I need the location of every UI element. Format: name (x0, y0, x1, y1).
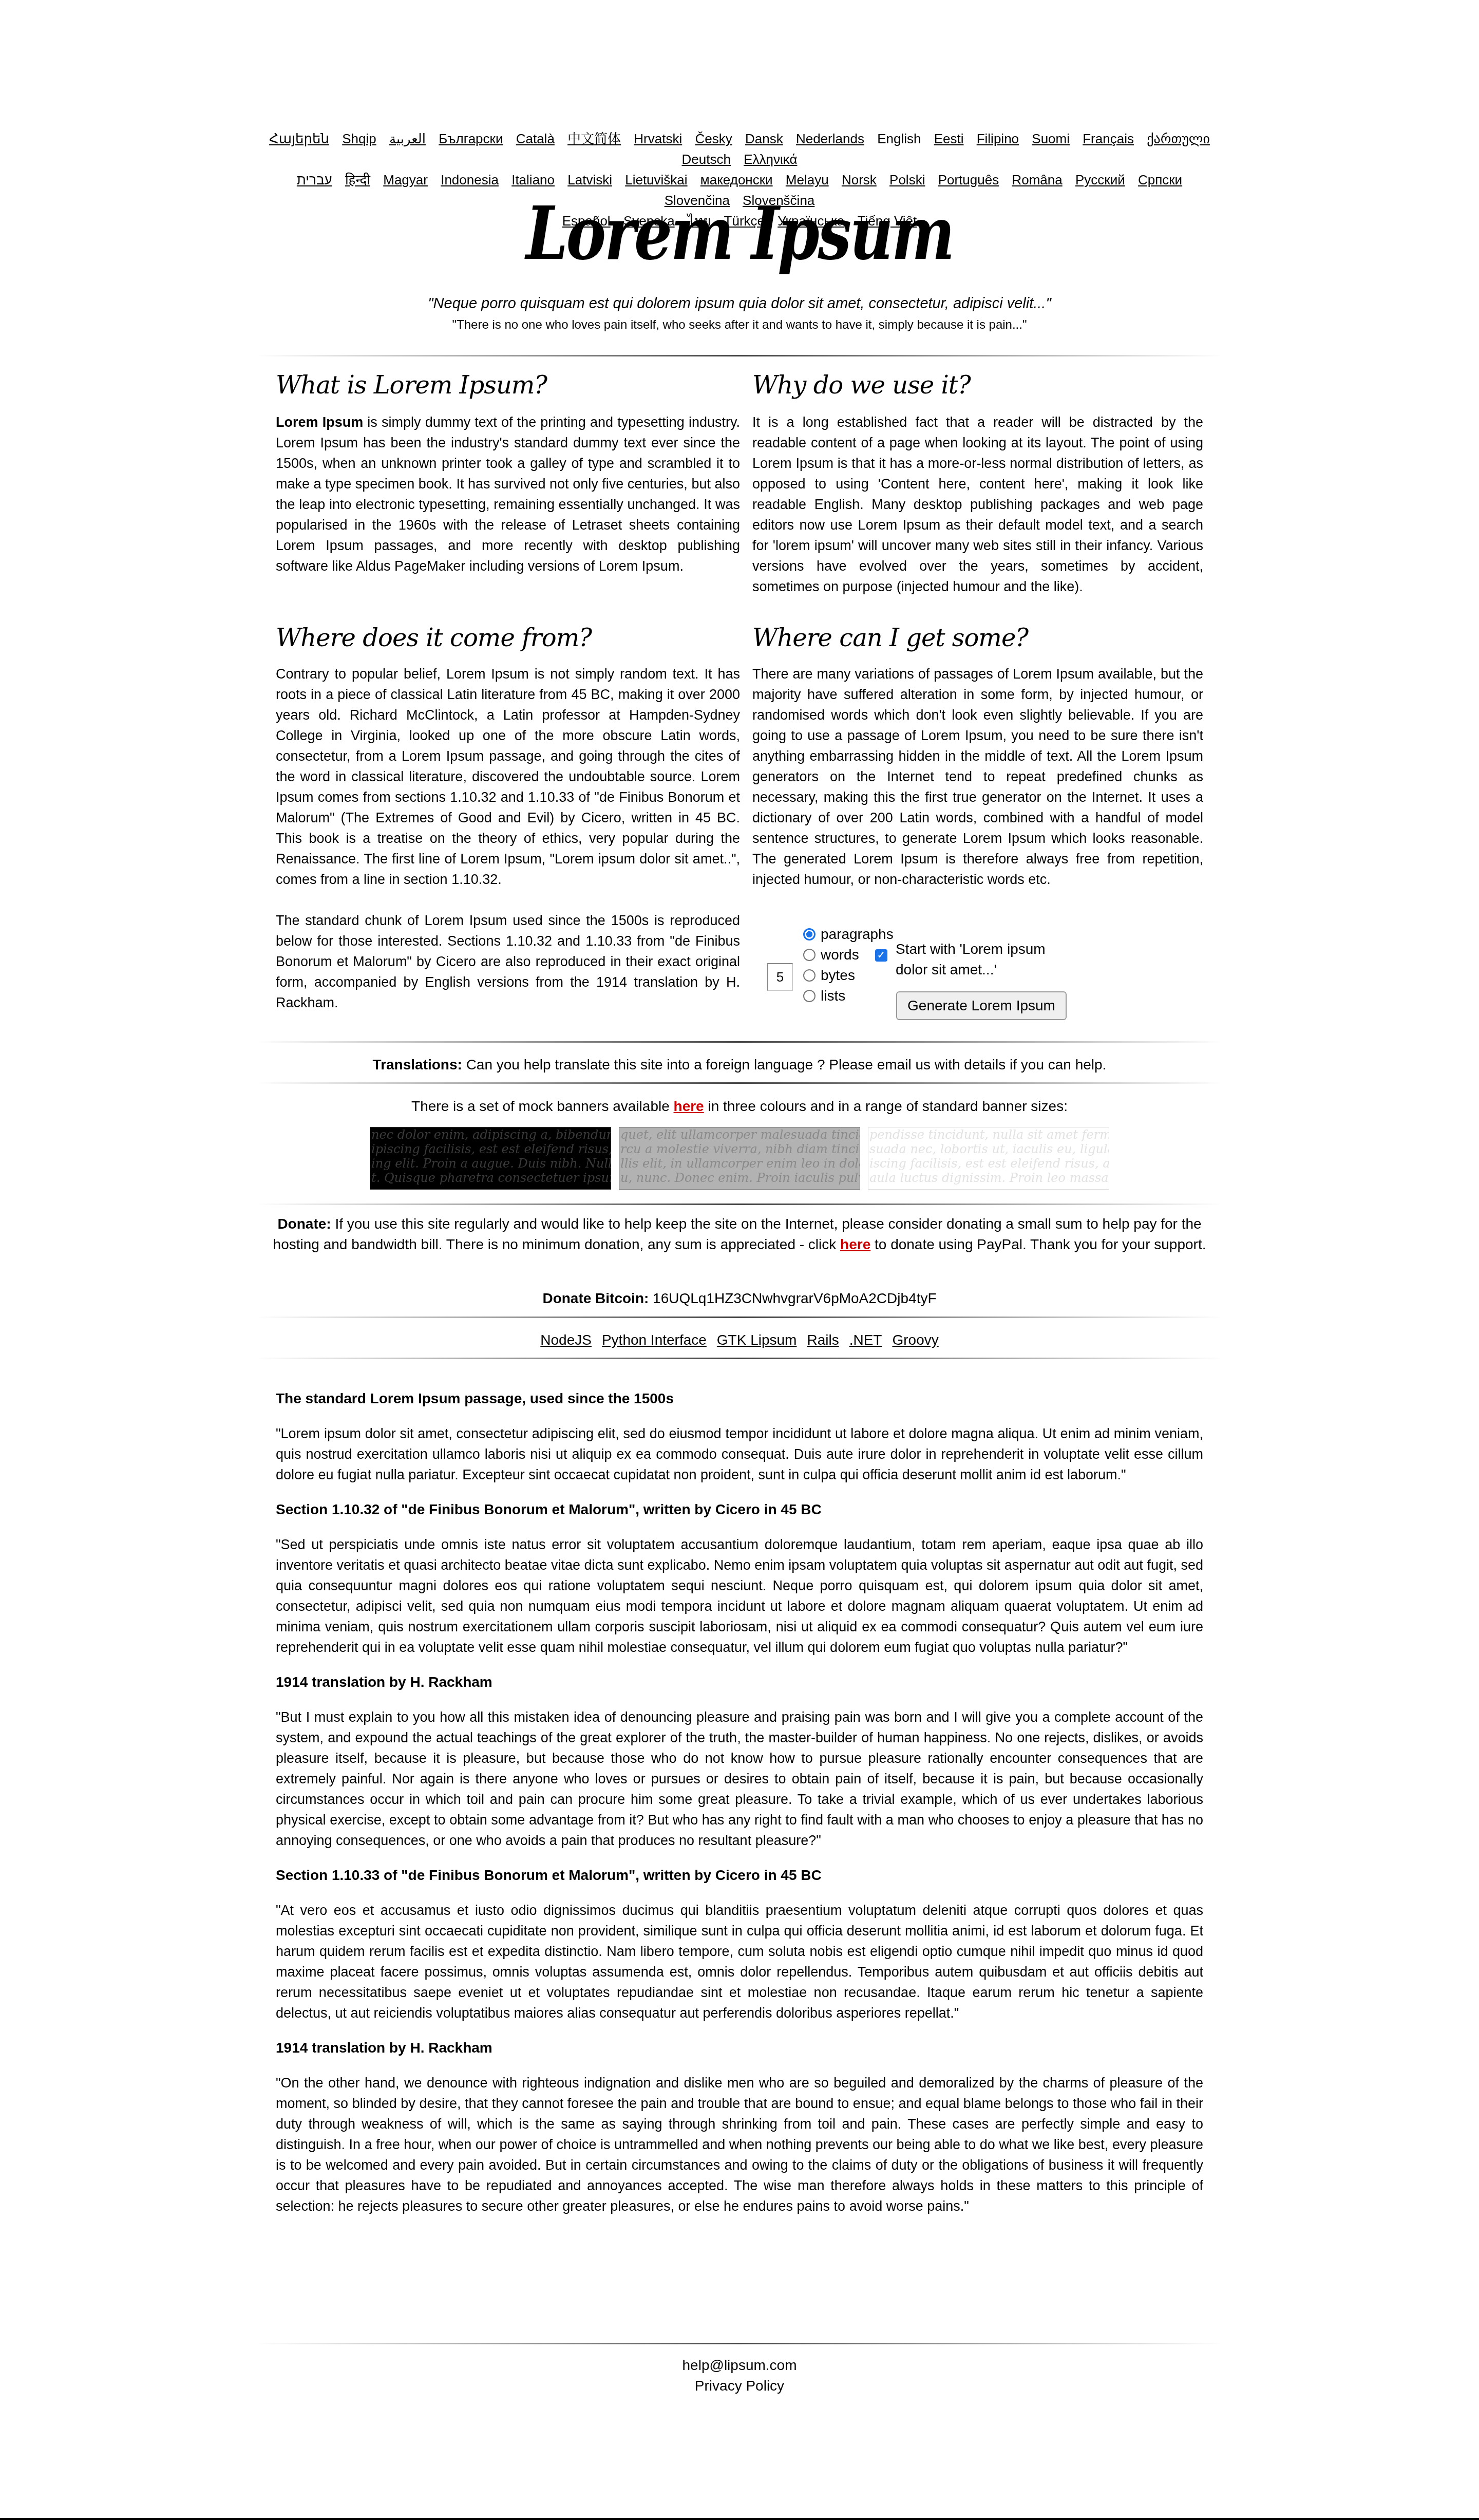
radio-lists[interactable]: lists (803, 986, 845, 1006)
page-title: Lorem Ipsum (133, 193, 1346, 275)
language-link[interactable]: Português (938, 172, 999, 187)
translations-notice: Translations: Can you help translate thi… (257, 1055, 1222, 1075)
tool-link[interactable]: GTK Lipsum (717, 1332, 797, 1348)
divider (257, 1358, 1222, 1359)
donate-notice: Donate: If you use this site regularly a… (267, 1214, 1212, 1255)
passage-text: "On the other hand, we denounce with rig… (276, 2073, 1203, 2216)
language-current: English (877, 131, 921, 146)
section-where-from: Where does it come from? Contrary to pop… (276, 623, 740, 1013)
section-body: Contrary to popular belief, Lorem Ipsum … (276, 664, 740, 890)
banner-black[interactable]: nec dolor enim, adipiscing a, bibendum n… (370, 1127, 611, 1190)
language-link[interactable]: Filipino (977, 131, 1019, 146)
banner-text-line: u, nunc. Donec enim. Proin iaculis pulvi… (619, 1171, 860, 1185)
generate-button[interactable]: Generate Lorem Ipsum (896, 991, 1067, 1020)
footer-privacy-link[interactable]: Privacy Policy (0, 2376, 1479, 2396)
tool-link[interactable]: NodeJS (540, 1332, 592, 1348)
language-link[interactable]: Български (439, 131, 503, 146)
language-link[interactable]: Indonesia (441, 172, 499, 187)
language-link[interactable]: Suomi (1032, 131, 1070, 146)
section-what: What is Lorem Ipsum? Lorem Ipsum is simp… (276, 370, 740, 576)
section-heading: Where does it come from? (276, 623, 740, 653)
passage-heading: 1914 translation by H. Rackham (276, 2038, 1203, 2058)
language-link[interactable]: हिन्दी (345, 172, 370, 187)
section-body: It is a long established fact that a rea… (752, 412, 1203, 597)
bitcoin-address: 16UQLq1HZ3CNwhvgrarV6pMoA2CDjb4tyF (649, 1290, 936, 1306)
language-link[interactable]: Pyccкий (1075, 172, 1125, 187)
divider (257, 2343, 1222, 2344)
banner-text-line: suada nec, lobortis ut, iaculis eu, ligu… (868, 1142, 1109, 1156)
language-link[interactable]: Eesti (934, 131, 964, 146)
banner-text-line: ing elit. Proin a augue. Duis nibh. Null… (370, 1156, 611, 1171)
banner-text-line: iscing facilisis, est est eleifend risus… (868, 1156, 1109, 1171)
language-link[interactable]: Melayu (786, 172, 829, 187)
section-where-get: Where can I get some? There are many var… (752, 623, 1203, 890)
radio-paragraphs[interactable]: paragraphs (803, 925, 894, 944)
divider (257, 1041, 1222, 1043)
banner-text-line: aula luctus dignissim. Proin leo massa, … (868, 1171, 1109, 1185)
donate-bitcoin: Donate Bitcoin: 16UQLq1HZ3CNwhvgrarV6pMo… (257, 1288, 1222, 1309)
section-body: There are many variations of passages of… (752, 664, 1203, 890)
language-link[interactable]: Italiano (511, 172, 555, 187)
divider (257, 1082, 1222, 1084)
start-with-lorem-label: Start with 'Lorem ipsum dolor sit amet..… (896, 939, 1065, 980)
passage-heading: The standard Lorem Ipsum passage, used s… (276, 1388, 1203, 1409)
lead-bold: Lorem Ipsum (276, 415, 363, 430)
section-body: The standard chunk of Lorem Ipsum used s… (276, 910, 740, 1013)
banner-text-line: quet, elit ullamcorper malesuada tincidu… (619, 1127, 860, 1142)
banner-grey[interactable]: quet, elit ullamcorper malesuada tincidu… (619, 1127, 860, 1190)
section-heading: Where can I get some? (752, 623, 1203, 653)
banner-white[interactable]: pendisse tincidunt, nulla sit amet ferme… (868, 1127, 1109, 1190)
language-link[interactable]: Česky (695, 131, 732, 146)
banners-here-link[interactable]: here (674, 1098, 704, 1114)
passage-heading: 1914 translation by H. Rackham (276, 1672, 1203, 1692)
language-link[interactable]: Shqip (342, 131, 376, 146)
passage-text: "Lorem ipsum dolor sit amet, consectetur… (276, 1423, 1203, 1485)
section-heading: Why do we use it? (752, 370, 1203, 401)
language-link[interactable]: Româna (1012, 172, 1062, 187)
passages: The standard Lorem Ipsum passage, used s… (276, 1388, 1203, 2231)
banners-notice: There is a set of mock banners available… (257, 1096, 1222, 1117)
banner-text-line: t. Quisque pharetra consectetuer ipsum. … (370, 1171, 611, 1185)
language-link[interactable]: Nederlands (796, 131, 864, 146)
tool-link[interactable]: Python Interface (602, 1332, 707, 1348)
amount-input[interactable]: 5 (767, 963, 793, 991)
passage-heading: Section 1.10.33 of "de Finibus Bonorum e… (276, 1865, 1203, 1886)
language-link[interactable]: ქართული (1147, 131, 1210, 146)
passage-heading: Section 1.10.32 of "de Finibus Bonorum e… (276, 1499, 1203, 1520)
language-link[interactable]: Ελληνικά (744, 152, 797, 167)
language-link[interactable]: 中文简体 (567, 131, 621, 146)
english-quote: "There is no one who loves pain itself, … (0, 318, 1479, 332)
section-body: Lorem Ipsum is simply dummy text of the … (276, 412, 740, 576)
banner-text-line: nec dolor enim, adipiscing a, bibendum n… (370, 1127, 611, 1142)
tool-link[interactable]: Groovy (892, 1332, 938, 1348)
generator-form: 5 paragraphs words bytes lists ✓ Start w… (752, 925, 1204, 1017)
bottom-edge (0, 2518, 1479, 2520)
language-link[interactable]: עברית (297, 172, 332, 187)
language-link[interactable]: македонски (700, 172, 773, 187)
radio-unselected-icon (803, 969, 816, 982)
divider (257, 355, 1222, 356)
donate-paypal-link[interactable]: here (840, 1236, 870, 1252)
banner-text-line: ipiscing facilisis, est est eleifend ris… (370, 1142, 611, 1156)
passage-text: "But I must explain to you how all this … (276, 1707, 1203, 1851)
passage-text: "At vero eos et accusamus et iusto odio … (276, 1900, 1203, 2023)
banner-text-line: pendisse tincidunt, nulla sit amet ferme… (868, 1127, 1109, 1142)
checkmark-icon: ✓ (877, 950, 886, 961)
language-link[interactable]: Français (1083, 131, 1134, 146)
radio-words[interactable]: words (803, 945, 859, 965)
language-link[interactable]: Dansk (745, 131, 783, 146)
language-link[interactable]: Magyar (383, 172, 428, 187)
banner-text-line: llis elit, in ullamcorper enim leo in do… (619, 1156, 860, 1171)
latin-quote: "Neque porro quisquam est qui dolorem ip… (0, 295, 1479, 312)
language-link[interactable]: Deutsch (682, 152, 731, 167)
start-with-lorem-checkbox[interactable]: ✓ (875, 949, 887, 962)
tool-links: NodeJSPython InterfaceGTK LipsumRails.NE… (257, 1330, 1222, 1350)
language-link[interactable]: Latviski (567, 172, 612, 187)
tool-link[interactable]: Rails (807, 1332, 839, 1348)
radio-selected-icon (803, 928, 816, 941)
radio-bytes[interactable]: bytes (803, 966, 855, 985)
passage-text: "Sed ut perspiciatis unde omnis iste nat… (276, 1534, 1203, 1658)
language-link[interactable]: Hrvatski (634, 131, 682, 146)
section-heading: What is Lorem Ipsum? (276, 370, 740, 401)
language-link[interactable]: العربية (389, 131, 426, 146)
language-link[interactable]: Հայերեն (269, 131, 329, 146)
language-link[interactable]: Norsk (842, 172, 877, 187)
language-link[interactable]: Lietuviškai (625, 172, 687, 187)
divider (257, 1203, 1222, 1205)
radio-unselected-icon (803, 949, 816, 961)
radio-unselected-icon (803, 990, 816, 1002)
language-link[interactable]: Polski (889, 172, 925, 187)
tool-link[interactable]: .NET (849, 1332, 882, 1348)
language-link[interactable]: Српски (1138, 172, 1182, 187)
footer-email[interactable]: help@lipsum.com (0, 2355, 1479, 2376)
banner-text-line: rcu a molestie viverra, nibh diam tincid… (619, 1142, 860, 1156)
language-link[interactable]: Català (516, 131, 555, 146)
divider (257, 1317, 1222, 1318)
section-why: Why do we use it? It is a long establish… (752, 370, 1203, 597)
